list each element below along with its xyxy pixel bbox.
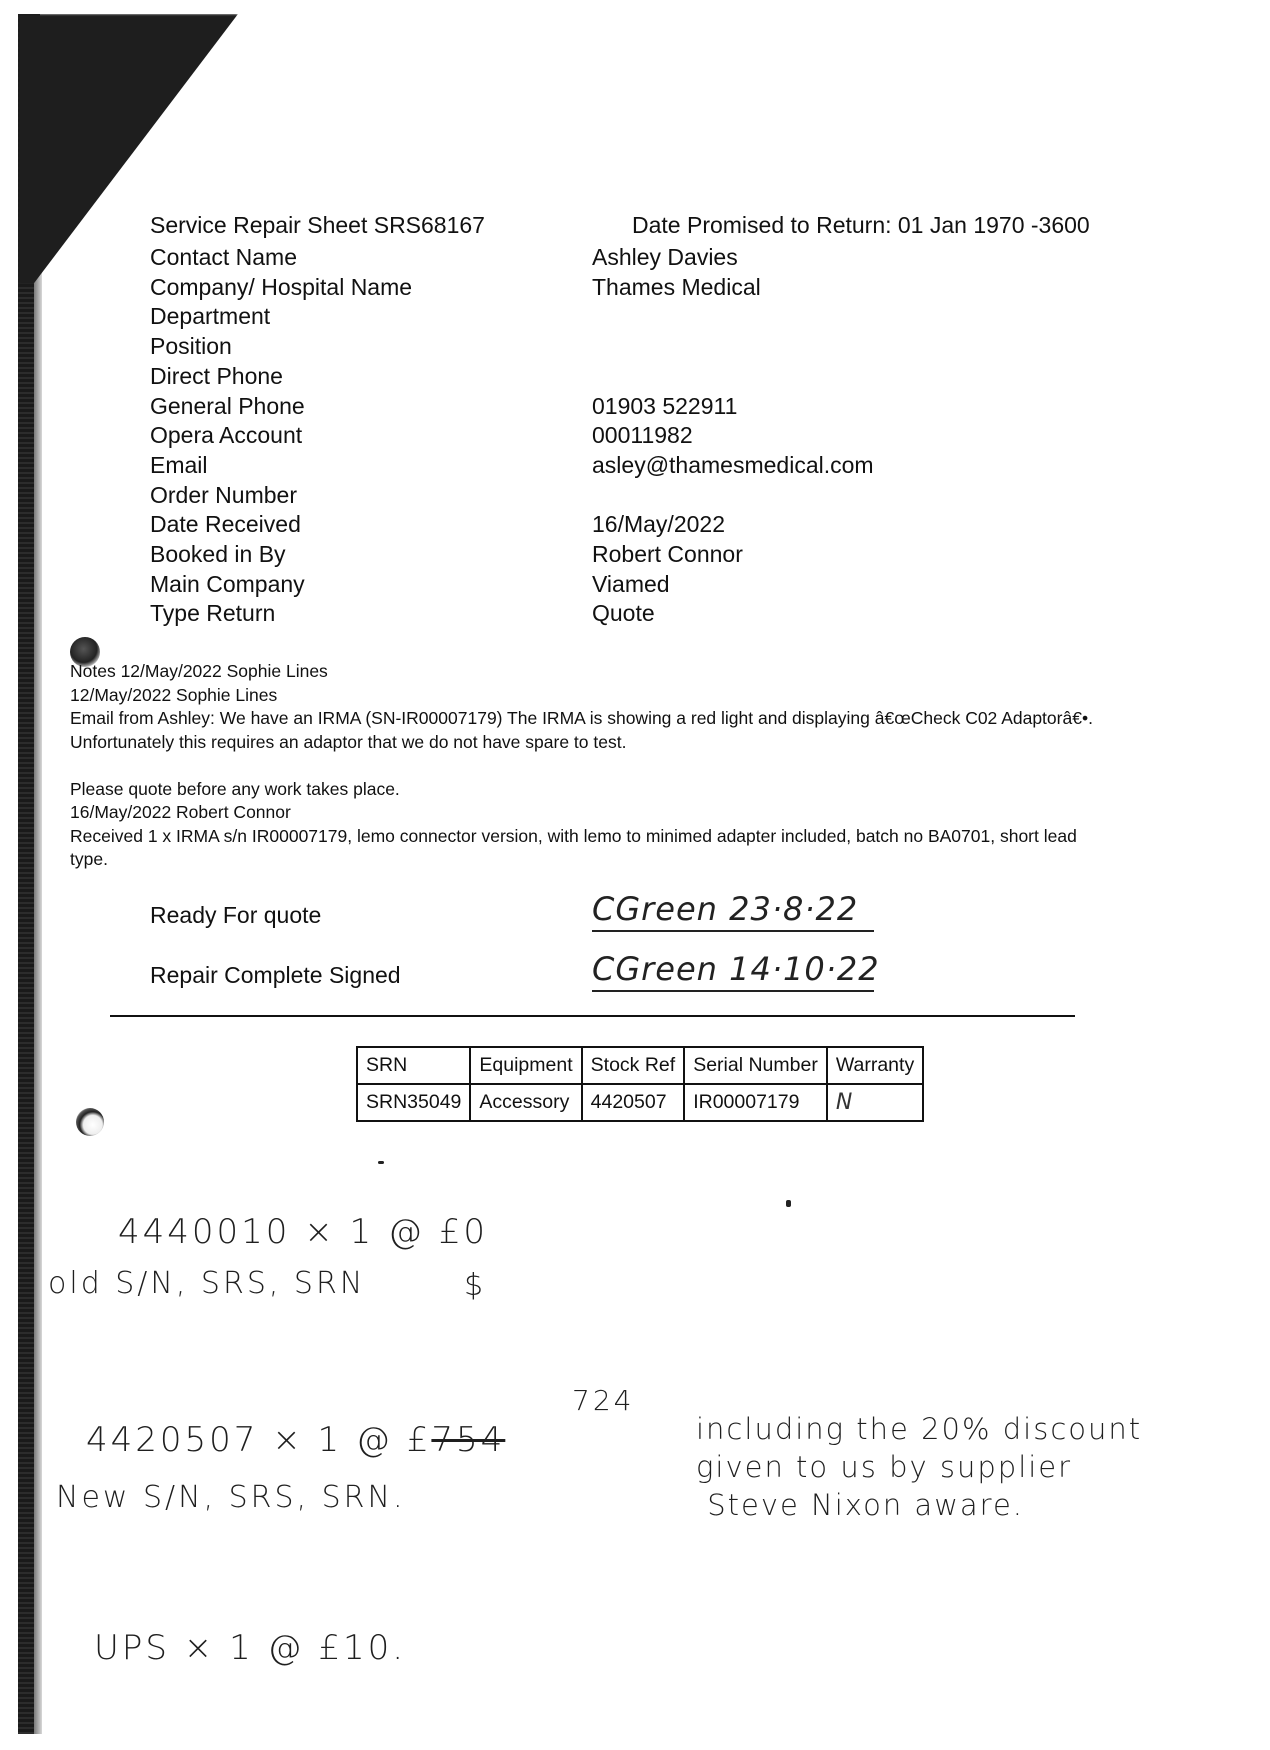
table-header-cell: Equipment: [470, 1047, 581, 1084]
field-value: Ashley Davies: [592, 242, 738, 272]
table-cell: SRN35049: [357, 1084, 470, 1121]
table-header-cell: Serial Number: [684, 1047, 827, 1084]
date-promised: Date Promised to Return: 01 Jan 1970 -36…: [632, 212, 1090, 239]
note-line: Unfortunately this requires an adaptor t…: [70, 731, 1250, 755]
signature-line: [592, 990, 874, 992]
field-label: General Phone: [150, 391, 305, 421]
field-label: Order Number: [150, 480, 297, 510]
signature-line: [592, 930, 874, 932]
field-value: Robert Connor: [592, 539, 743, 569]
part-new-price-old: 754: [431, 1420, 505, 1460]
table-cell: 4420507: [582, 1084, 685, 1121]
notes-block: Notes 12/May/2022 Sophie Lines12/May/202…: [70, 660, 1250, 872]
repair-complete-label: Repair Complete Signed: [150, 962, 401, 989]
field-value: Viamed: [592, 569, 670, 599]
field-label: Company/ Hospital Name: [150, 272, 412, 302]
table-header-cell: SRN: [357, 1047, 470, 1084]
stray-mark: [378, 1161, 384, 1164]
note-line: type.: [70, 848, 1250, 872]
scan-shadow-edge: [34, 270, 42, 1734]
field-label: Booked in By: [150, 539, 286, 569]
handwritten-shipping: UPS × 1 @ £10.: [94, 1628, 406, 1668]
repair-complete-signature: CGreen 14·10·22: [592, 950, 880, 988]
ready-for-quote-signature: CGreen 23·8·22: [592, 890, 858, 928]
handwritten-discount-note: including the 20% discount given to us b…: [696, 1410, 1142, 1524]
table-row: SRN35049Accessory4420507IR00007179N: [357, 1084, 923, 1121]
stray-mark: [786, 1200, 791, 1207]
field-label: Position: [150, 331, 232, 361]
field-label: Opera Account: [150, 420, 302, 450]
note-line: Received 1 x IRMA s/n IR00007179, lemo c…: [70, 825, 1250, 849]
part-new-price-corrected: 724: [572, 1384, 634, 1417]
field-label: Contact Name: [150, 242, 297, 272]
field-label: Main Company: [150, 569, 305, 599]
section-divider: [110, 1015, 1075, 1017]
field-value: 00011982: [592, 420, 693, 450]
part-new-line: 4420507 × 1 @ £: [86, 1420, 431, 1460]
field-value: Thames Medical: [592, 272, 761, 302]
handwritten-mark: $: [464, 1268, 486, 1303]
handwritten-part-old: 4440010 × 1 @ £0: [118, 1212, 488, 1252]
table-header-cell: Warranty: [827, 1047, 923, 1084]
field-label: Date Received: [150, 509, 301, 539]
equipment-table: SRNEquipmentStock RefSerial NumberWarran…: [356, 1046, 924, 1122]
field-value: 16/May/2022: [592, 509, 725, 539]
handwritten-part-new: 4420507 × 1 @ £754: [86, 1420, 505, 1460]
table-cell: Accessory: [470, 1084, 581, 1121]
note-line: [70, 754, 1250, 778]
table-cell: IR00007179: [684, 1084, 827, 1121]
document-title: Service Repair Sheet SRS68167: [150, 212, 485, 239]
table-cell: N: [827, 1084, 923, 1121]
ready-for-quote-label: Ready For quote: [150, 902, 321, 929]
field-label: Department: [150, 301, 270, 331]
handwritten-part-new-ref: New S/N, SRS, SRN.: [56, 1480, 406, 1515]
field-value: asley@thamesmedical.com: [592, 450, 874, 480]
note-line: 16/May/2022 Robert Connor: [70, 801, 1250, 825]
note-line: 12/May/2022 Sophie Lines: [70, 684, 1250, 708]
field-label: Type Return: [150, 598, 275, 628]
handwritten-part-old-ref: old S/N, SRS, SRN: [48, 1266, 365, 1301]
note-line: Please quote before any work takes place…: [70, 778, 1250, 802]
field-label: Email: [150, 450, 208, 480]
field-label: Direct Phone: [150, 361, 283, 391]
field-value: Quote: [592, 598, 655, 628]
punch-hole-icon: [76, 1108, 104, 1136]
table-header-row: SRNEquipmentStock RefSerial NumberWarran…: [357, 1047, 923, 1084]
note-line: Notes 12/May/2022 Sophie Lines: [70, 660, 1250, 684]
field-value: 01903 522911: [592, 391, 737, 421]
table-header-cell: Stock Ref: [582, 1047, 685, 1084]
note-line: Email from Ashley: We have an IRMA (SN-I…: [70, 707, 1250, 731]
